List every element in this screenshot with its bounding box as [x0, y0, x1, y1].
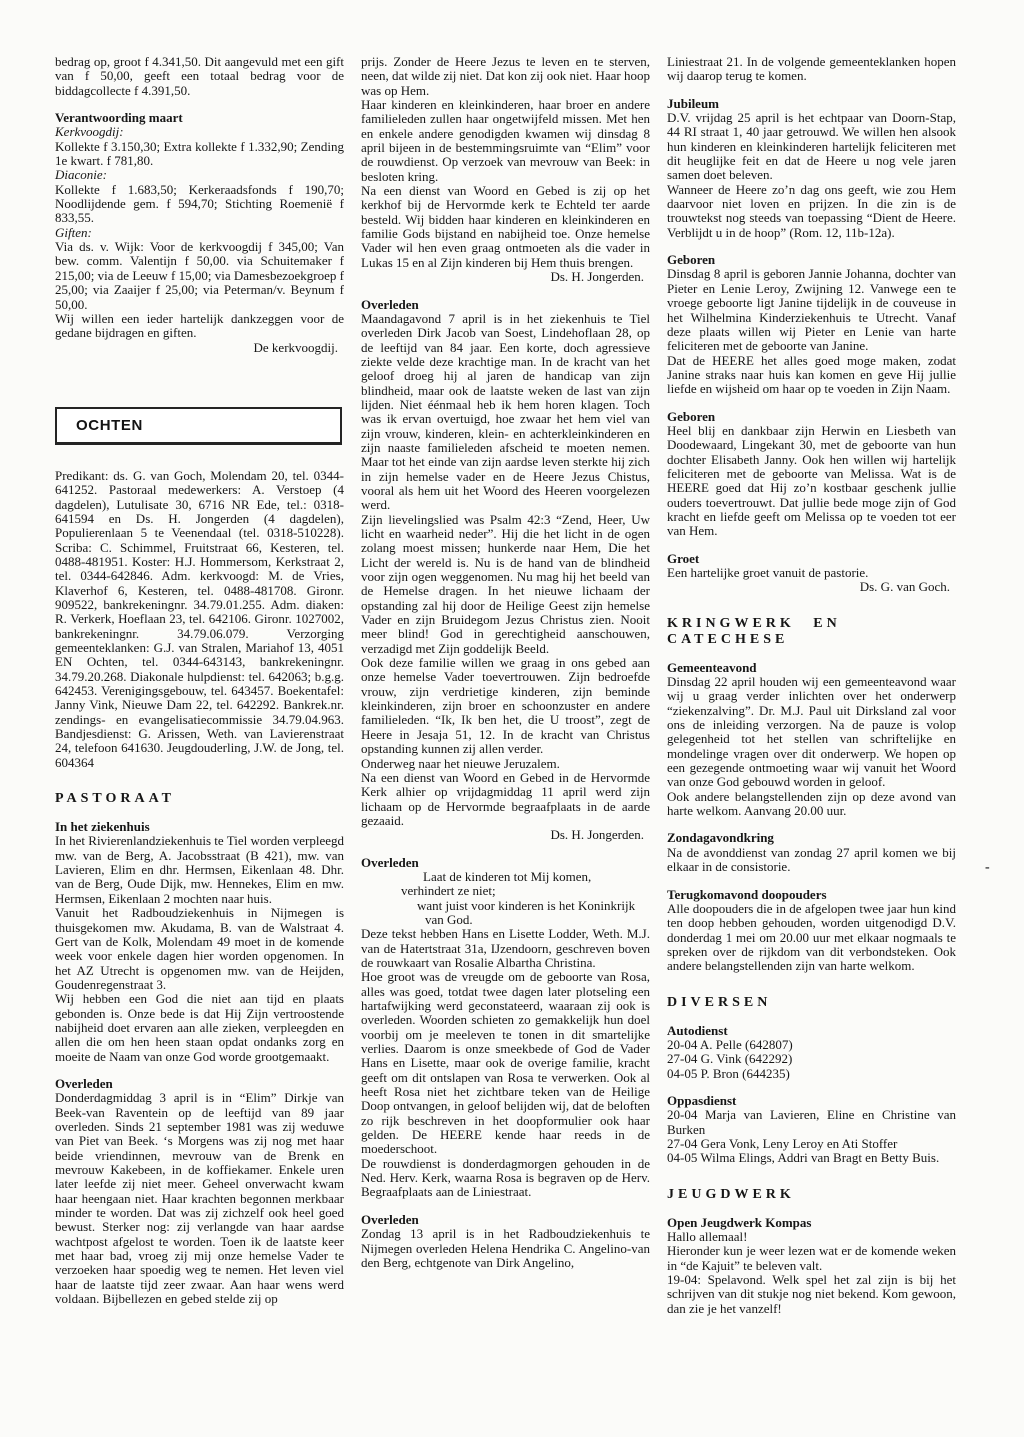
paragraph: Dinsdag 22 april houden wij een gemeente… — [667, 675, 956, 790]
line: 20-04 A. Pelle (642807) — [667, 1038, 956, 1052]
subheading: Verantwoording maart — [55, 111, 344, 125]
paragraph: Na een dienst van Woord en Gebed in de H… — [361, 771, 650, 828]
paragraph: Vanuit het Radboudziekenhuis in Nijmegen… — [55, 906, 344, 992]
subheading: Overleden — [361, 1213, 650, 1227]
paragraph: Wanneer de Heere zo’n dag ons geeft, wie… — [667, 183, 956, 240]
paragraph: Dat de HEERE het alles goed moge maken, … — [667, 354, 956, 397]
paragraph: Predikant: ds. G. van Goch, Molendam 20,… — [55, 469, 344, 770]
paragraph: In het Rivierenlandziekenhuis te Tiel wo… — [55, 834, 344, 906]
paragraph: 27-04 Gera Vonk, Leny Leroy en Ati Stoff… — [667, 1137, 956, 1151]
columns: bedrag op, groot f 4.341,50. Dit aangevu… — [55, 55, 956, 1316]
paragraph: Liniestraat 21. In de volgende gemeentek… — [667, 55, 956, 84]
column-3: Liniestraat 21. In de volgende gemeentek… — [667, 55, 956, 1316]
subheading: Jubileum — [667, 97, 956, 111]
paragraph: Deze tekst hebben Hans en Lisette Lodder… — [361, 927, 650, 970]
italic-label: Giften: — [55, 226, 344, 240]
paragraph: Donderdagmiddag 3 april is in “Elim” Dir… — [55, 1091, 344, 1306]
place-title: OCHTEN — [76, 417, 143, 434]
paragraph: Haar kinderen en kleinkinderen, haar bro… — [361, 98, 650, 184]
paragraph: Wij hebben een God die niet aan tijd en … — [55, 992, 344, 1064]
subheading: Overleden — [361, 856, 650, 870]
italic-label: Diaconie: — [55, 168, 344, 182]
line: verhindert ze niet; — [361, 884, 650, 898]
place-title-box: OCHTEN — [55, 407, 342, 445]
subheading: Terugkomavond doopouders — [667, 888, 956, 902]
paragraph: 20-04 Marja van Lavieren, Eline en Chris… — [667, 1108, 956, 1137]
paragraph: Hoe groot was de vreugde om de geboorte … — [361, 970, 650, 1156]
newsletter-page: bedrag op, groot f 4.341,50. Dit aangevu… — [0, 0, 1024, 1437]
italic-label: Kerkvoogdij: — [55, 125, 344, 139]
paragraph: Heel blij en dankbaar zijn Herwin en Lie… — [667, 424, 956, 539]
section-title: JEUGDWERK — [667, 1187, 956, 1203]
paragraph: Via ds. v. Wijk: Voor de kerkvoogdij f 3… — [55, 240, 344, 312]
subheading: Groet — [667, 552, 956, 566]
paragraph: Na de avonddienst van zondag 27 april ko… — [667, 846, 956, 875]
subheading: Oppasdienst — [667, 1094, 956, 1108]
paragraph: Zondag 13 april is in het Radboudziekenh… — [361, 1227, 650, 1270]
paragraph: Kollekte f 3.150,30; Extra kollekte f 1.… — [55, 140, 344, 169]
subheading: Gemeenteavond — [667, 661, 956, 675]
signature: Ds. G. van Goch. — [667, 580, 956, 594]
paragraph: Kollekte f 1.683,50; Kerkeraadsfonds f 1… — [55, 183, 344, 226]
subheading: Geboren — [667, 253, 956, 267]
paragraph: Hieronder kun je weer lezen wat er de ko… — [667, 1244, 956, 1273]
line: 04-05 P. Bron (644235) — [667, 1067, 956, 1081]
paragraph: Onderweg naar het nieuwe Jeruzalem. — [361, 757, 650, 771]
subheading: Geboren — [667, 410, 956, 424]
section-title: DIVERSEN — [667, 995, 956, 1011]
paragraph: Maandagavond 7 april is in het ziekenhui… — [361, 312, 650, 513]
poem: Laat de kinderen tot Mij komen,verhinder… — [361, 870, 650, 927]
paragraph: Een hartelijke groet vanuit de pastorie. — [667, 566, 956, 580]
column-2: prijs. Zonder de Heere Jezus te leven en… — [361, 55, 650, 1316]
signature: De kerkvoogdij. — [55, 341, 344, 355]
paragraph: D.V. vrijdag 25 april is het echtpaar va… — [667, 111, 956, 183]
paragraph: 04-05 Wilma Elings, Addri van Bragt en B… — [667, 1151, 956, 1165]
paragraph: Ook andere belangstellenden zijn op deze… — [667, 790, 956, 819]
subheading: Autodienst — [667, 1024, 956, 1038]
section-title: KRINGWERK EN CATECHESE — [667, 616, 956, 648]
column-1: bedrag op, groot f 4.341,50. Dit aangevu… — [55, 55, 344, 1316]
subheading: Overleden — [55, 1077, 344, 1091]
line: want juist voor kinderen is het Koninkri… — [361, 899, 650, 913]
subheading: Open Jeugdwerk Kompas — [667, 1216, 956, 1230]
paragraph: Na een dienst van Woord en Gebed is zij … — [361, 184, 650, 270]
paragraph: 19-04: Spelavond. Welk spel het zal zijn… — [667, 1273, 956, 1316]
paragraph: Dinsdag 8 april is geboren Jannie Johann… — [667, 267, 956, 353]
paragraph: De rouwdienst is donderdagmorgen gehoude… — [361, 1157, 650, 1200]
line: van God. — [361, 913, 650, 927]
signature: Ds. H. Jongerden. — [361, 270, 650, 284]
paragraph: Ook deze familie willen we graag in ons … — [361, 656, 650, 756]
paragraph: bedrag op, groot f 4.341,50. Dit aangevu… — [55, 55, 344, 98]
schedule-lines: 20-04 A. Pelle (642807)27-04 G. Vink (64… — [667, 1038, 956, 1081]
line: Laat de kinderen tot Mij komen, — [361, 870, 650, 884]
paragraph: Zijn lievelingslied was Psalm 42:3 “Zend… — [361, 513, 650, 656]
subheading: Zondagavondkring — [667, 831, 956, 845]
scan-artifact-dash: - — [985, 860, 990, 876]
paragraph: Hallo allemaal! — [667, 1230, 956, 1244]
paragraph: Alle doopouders die in de afgelopen twee… — [667, 902, 956, 974]
line: 27-04 G. Vink (642292) — [667, 1052, 956, 1066]
signature: Ds. H. Jongerden. — [361, 828, 650, 842]
subheading: Overleden — [361, 298, 650, 312]
subheading: In het ziekenhuis — [55, 820, 344, 834]
section-title: PASTORAAT — [55, 791, 344, 807]
paragraph: prijs. Zonder de Heere Jezus te leven en… — [361, 55, 650, 98]
paragraph: Wij willen een ieder hartelijk dankzegge… — [55, 312, 344, 341]
